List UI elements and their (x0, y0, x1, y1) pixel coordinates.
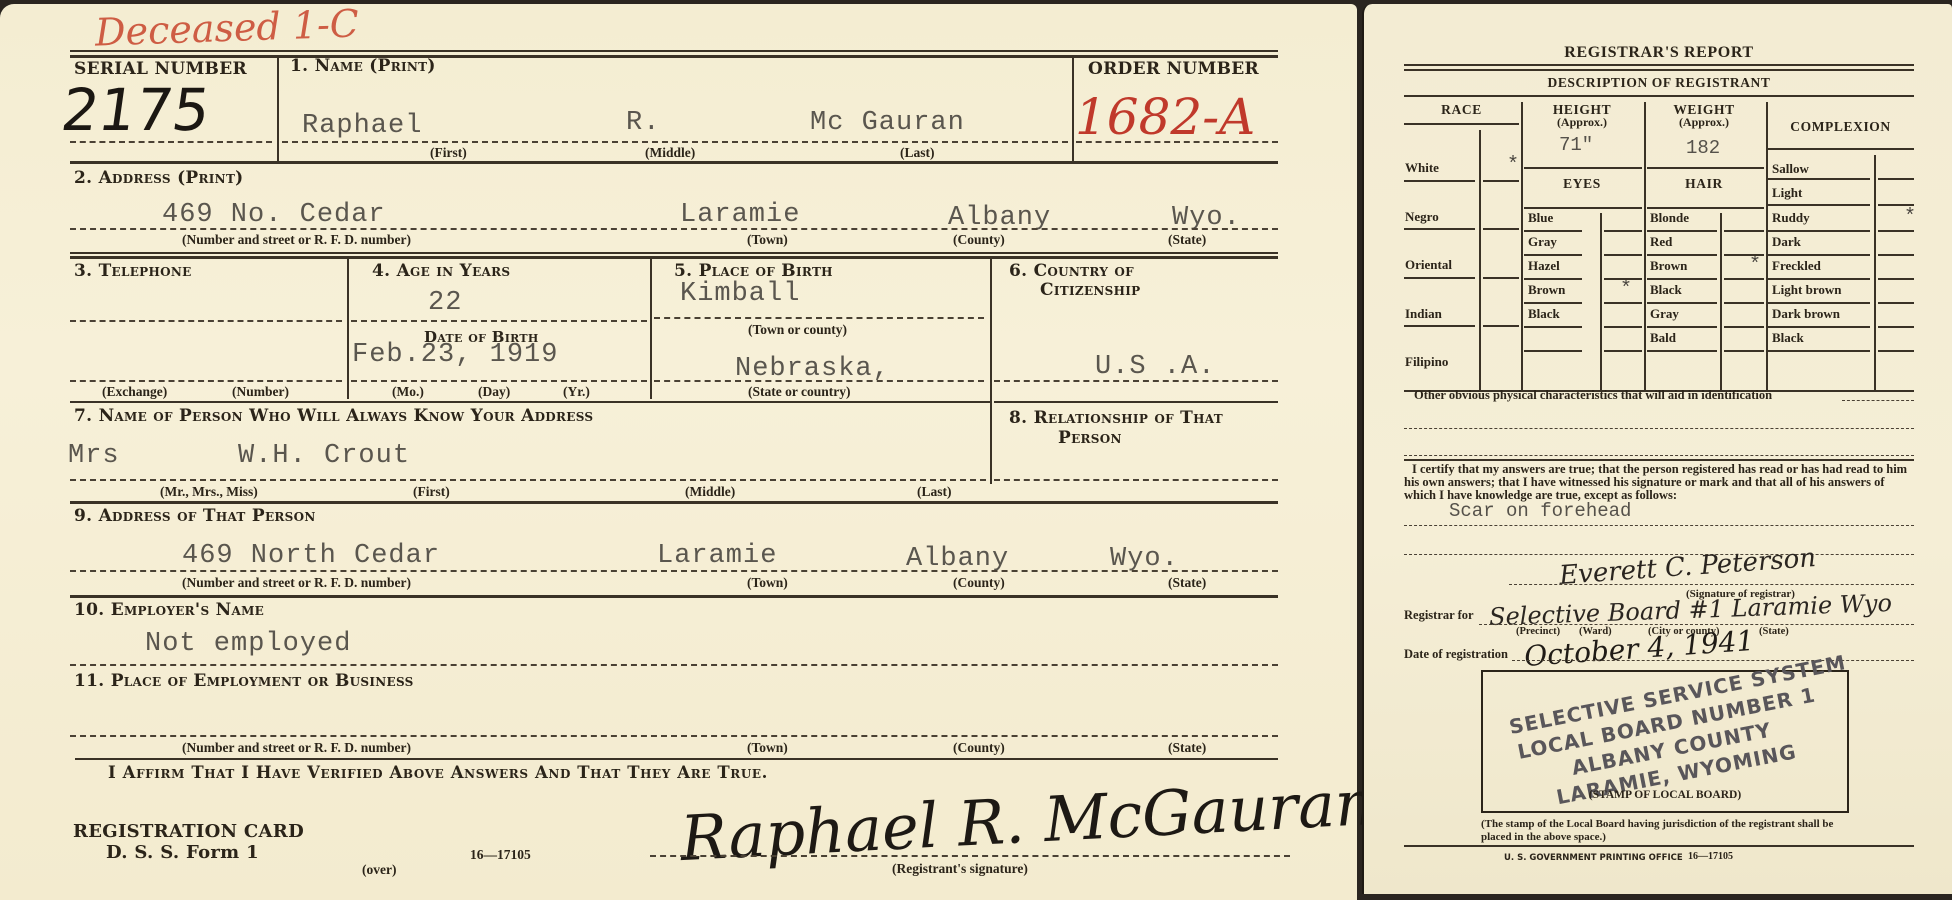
signature-underline (650, 855, 1290, 857)
birthplace-label: 5. Place of Birth (674, 261, 833, 281)
hair-header-rule (1647, 207, 1764, 209)
complexion-rule (1768, 302, 1870, 304)
eyes-rule (1524, 302, 1582, 304)
contact-underline (70, 479, 986, 481)
hair-rule (1724, 350, 1764, 352)
contact-state-caption: (State) (1168, 575, 1206, 591)
address-town-caption: (Town) (747, 232, 788, 248)
eyes-rule (1604, 302, 1642, 304)
exception-line-1 (1404, 525, 1914, 526)
yr-caption: (Yr.) (563, 384, 590, 400)
eyes-rule (1524, 278, 1582, 280)
header-bottom-rule (70, 161, 1278, 164)
weight-sub: (Approx.) (1644, 115, 1764, 130)
complexion-header: COMPLEXION (1767, 119, 1914, 135)
eyes-header-rule (1524, 207, 1642, 209)
hair-rule (1647, 278, 1717, 280)
employer-label: 10. Employer's Name (74, 600, 264, 620)
hair-rule (1647, 302, 1717, 304)
hair-rule (1647, 350, 1717, 352)
eyes-gray: Gray (1528, 234, 1557, 250)
address-state-caption: (State) (1168, 232, 1206, 248)
relationship-underline (994, 479, 1278, 481)
weight-vrule (1644, 102, 1646, 390)
eyes-black: Black (1528, 306, 1560, 322)
complexion-rule (1878, 326, 1914, 328)
eyes-brown: Brown (1528, 282, 1565, 298)
complexion-rule (1878, 350, 1914, 352)
contact-address-town: Laramie (657, 541, 777, 571)
serial-number-value: 2175 (57, 76, 214, 144)
race-filipino: Filipino (1405, 354, 1448, 370)
registration-card-front: Deceased 1-C SERIAL NUMBER 2175 1. Name … (0, 4, 1357, 900)
race-oriental: Oriental (1405, 257, 1452, 273)
contact-town-caption: (Town) (747, 575, 788, 591)
certify-text: I certify that my answers are true; that… (1404, 463, 1916, 502)
complexion-rule (1768, 326, 1870, 328)
stamp-note: (The stamp of the Local Board having jur… (1481, 818, 1856, 844)
eyes-blue: Blue (1528, 210, 1553, 226)
contact-middle-caption: (Middle) (685, 484, 735, 500)
contact-title-caption: (Mr., Mrs., Miss) (160, 484, 258, 500)
form-code: 16—17105 (470, 847, 531, 863)
height-value: 71" (1559, 134, 1593, 156)
eyes-rule (1604, 326, 1642, 328)
complexion-rule (1768, 230, 1870, 232)
complexion-ruddy-mark: * (1904, 206, 1916, 229)
address-label: 2. Address (Print) (74, 168, 244, 188)
eyes-rule (1524, 230, 1582, 232)
middle-caption: (Middle) (645, 145, 695, 161)
description-subtitle: DESCRIPTION OF REGISTRANT (1364, 75, 1952, 91)
telephone-line-2 (70, 380, 342, 382)
serial-divider (277, 57, 279, 161)
serial-underline (70, 141, 272, 143)
citizenship-label-2: Citizenship (1040, 280, 1141, 300)
address-county-caption: (County) (953, 232, 1005, 248)
precinct-caption: (Precinct) (1516, 626, 1560, 637)
complexion-black: Black (1772, 330, 1804, 346)
complexion-rule (1878, 230, 1914, 232)
age-divider (650, 259, 652, 399)
hair-header: HAIR (1644, 176, 1764, 192)
telephone-line-1 (70, 320, 342, 322)
birthplace-town-caption: (Town or county) (748, 322, 847, 338)
race-white: White (1405, 160, 1439, 176)
state-caption: (State) (1759, 626, 1789, 637)
employer-underline (70, 664, 1278, 666)
hair-black: Black (1650, 282, 1682, 298)
order-underline (1076, 141, 1278, 143)
registrar-for-label: Registrar for (1404, 608, 1474, 623)
complexion-rule (1878, 302, 1914, 304)
order-divider (1072, 57, 1074, 161)
hair-vrule (1720, 213, 1722, 390)
hair-blonde: Blonde (1650, 210, 1689, 226)
citizenship-label-1: 6. Country of (1009, 261, 1134, 281)
row-rule (70, 252, 1278, 254)
table-top-rule (1404, 95, 1914, 97)
race-vrule (1479, 130, 1481, 390)
contact-address-label: 9. Address of That Person (74, 506, 316, 526)
exchange-caption: (Exchange) (102, 384, 167, 400)
complexion-ruddy: Ruddy (1772, 210, 1810, 226)
height-value-rule (1524, 167, 1642, 169)
address-underline (70, 228, 1278, 230)
hair-rule (1724, 278, 1764, 280)
name-last: Mc Gauran (810, 108, 965, 138)
day-caption: (Day) (478, 384, 510, 400)
complexion-rule (1768, 350, 1870, 352)
race-rule (1404, 180, 1475, 182)
eyes-rule (1524, 350, 1582, 352)
name-label: 1. Name (Print) (290, 56, 436, 76)
complexion-rule (1768, 204, 1870, 206)
registrar-for-line (1479, 624, 1914, 625)
number-caption: (Number) (232, 384, 289, 400)
contact-address-underline (70, 570, 1278, 572)
eyes-rule (1604, 278, 1642, 280)
race-rule (1404, 228, 1475, 230)
mo-caption: (Mo.) (392, 384, 424, 400)
weight-value-rule (1647, 167, 1764, 169)
birthplace-state-underline (654, 380, 984, 382)
order-number-label: ORDER NUMBER (1088, 59, 1259, 79)
complexion-dark: Dark (1772, 234, 1801, 250)
deceased-annotation: Deceased 1-C (94, 1, 359, 54)
date-line (1512, 660, 1914, 661)
address-street-caption: (Number and street or R. F. D. number) (182, 232, 411, 248)
hair-brown-mark: * (1749, 254, 1761, 277)
complexion-dark-brown: Dark brown (1772, 306, 1840, 322)
complexion-light: Light (1772, 185, 1802, 201)
contact-first-caption: (First) (413, 484, 450, 500)
first-caption: (First) (430, 145, 467, 161)
relationship-label-2: Person (1058, 428, 1122, 448)
printer-code: 16—17105 (1688, 851, 1733, 862)
birthplace-town-underline (654, 317, 984, 319)
other-line-1 (1404, 428, 1914, 429)
hair-rule (1724, 302, 1764, 304)
address-street: 469 No. Cedar (162, 200, 386, 230)
eyes-rule (1604, 230, 1642, 232)
race-negro: Negro (1405, 209, 1439, 225)
stamp-caption: (STAMP OF LOCAL BOARD) (1481, 789, 1849, 801)
hair-rule (1647, 326, 1717, 328)
complexion-sallow: Sallow (1772, 161, 1809, 177)
employment-town-caption: (Town) (747, 740, 788, 756)
row-rule (70, 501, 1278, 504)
hair-rule (1724, 230, 1764, 232)
citizenship-underline (994, 380, 1278, 382)
contact-address-street: 469 North Cedar (182, 541, 440, 571)
eyes-brown-mark: * (1620, 278, 1632, 301)
eyes-rule (1604, 350, 1642, 352)
hair-rule (1724, 326, 1764, 328)
employment-place-label: 11. Place of Employment or Business (74, 671, 414, 691)
complexion-rule (1878, 254, 1914, 256)
complexion-rule (1878, 178, 1914, 180)
race-rule (1483, 325, 1519, 327)
complexion-mark-vrule (1874, 155, 1876, 390)
registration-card-title: REGISTRATION CARD (73, 821, 304, 842)
contact-last-caption: (Last) (917, 484, 952, 500)
exception-value: Scar on forehead (1449, 500, 1631, 522)
contact-name: W.H. Crout (238, 441, 410, 471)
eyes-rule (1604, 254, 1642, 256)
printer-label: U. S. GOVERNMENT PRINTING OFFICE (1504, 853, 1683, 863)
height-vrule (1521, 102, 1523, 390)
report-rule (1404, 69, 1914, 71)
complexion-rule (1768, 278, 1870, 280)
hair-red: Red (1650, 234, 1672, 250)
top-rule-thick (70, 55, 1278, 58)
race-indian: Indian (1405, 306, 1442, 322)
citizenship-value: U.S .A. (1095, 352, 1215, 382)
employment-county-caption: (County) (953, 740, 1005, 756)
employer-value: Not employed (145, 629, 351, 659)
complexion-rule (1878, 204, 1914, 206)
contact-street-caption: (Number and street or R. F. D. number) (182, 575, 411, 591)
complexion-header-rule (1767, 148, 1914, 150)
name-first: Raphael (302, 111, 422, 141)
telephone-label: 3. Telephone (74, 261, 192, 281)
dob-underline (351, 380, 647, 382)
hair-bald: Bald (1650, 330, 1676, 346)
age-underline (351, 320, 647, 322)
other-line-0 (1842, 400, 1914, 401)
dob-value: Feb.23, 1919 (352, 340, 558, 370)
certify-rule (1404, 459, 1914, 461)
complexion-rule (1878, 278, 1914, 280)
last-caption: (Last) (900, 145, 935, 161)
hair-rule (1724, 254, 1764, 256)
eyes-hazel: Hazel (1528, 258, 1560, 274)
hair-brown: Brown (1650, 258, 1687, 274)
birthplace-state-caption: (State or country) (748, 384, 850, 400)
race-header: RACE (1404, 102, 1519, 118)
registrant-signature: Raphael R. McGauran (679, 766, 1377, 875)
age-value: 22 (428, 288, 462, 318)
complexion-rule (1768, 254, 1870, 256)
complexion-rule (1768, 178, 1870, 180)
eyes-rule (1524, 326, 1582, 328)
employment-place-underline (70, 735, 1278, 737)
contact-label: 7. Name of Person Who Will Always Know Y… (74, 406, 593, 426)
race-header-rule (1404, 123, 1519, 125)
name-underline (282, 141, 1068, 143)
footer-rule (1404, 845, 1914, 847)
employment-state-caption: (State) (1168, 740, 1206, 756)
telephone-divider (347, 259, 349, 399)
row-rule (70, 401, 990, 403)
registrar-signature-line (1509, 584, 1914, 585)
address-town: Laramie (680, 200, 800, 230)
eyes-vrule (1600, 213, 1602, 390)
complexion-freckled: Freckled (1772, 258, 1821, 274)
complexion-vrule (1766, 102, 1768, 390)
hair-gray: Gray (1650, 306, 1679, 322)
birthplace-divider (990, 259, 992, 484)
date-label: Date of registration (1404, 647, 1508, 662)
race-white-mark: * (1507, 154, 1519, 177)
weight-value: 182 (1686, 137, 1720, 159)
row-rule-thick (70, 256, 1278, 259)
report-title: REGISTRAR'S REPORT (1364, 44, 1952, 62)
race-rule (1404, 325, 1475, 327)
row-rule (70, 595, 1278, 598)
eyes-header: EYES (1522, 176, 1642, 192)
eyes-rule (1524, 254, 1582, 256)
age-label: 4. Age in Years (372, 261, 510, 281)
hair-rule (1647, 230, 1717, 232)
registrar-report-card: REGISTRAR'S REPORT DESCRIPTION OF REGIST… (1362, 4, 1952, 894)
order-number-value: 1682-A (1075, 88, 1255, 146)
signature-caption: (Registrant's signature) (892, 861, 1028, 877)
other-characteristics-label: Other obvious physical characteristics t… (1414, 388, 1772, 403)
race-rule (1483, 180, 1519, 182)
complexion-light-brown: Light brown (1772, 282, 1841, 298)
race-rule (1483, 277, 1519, 279)
contact-title: Mrs (68, 441, 120, 471)
row-rule (75, 758, 1278, 760)
top-rule (70, 50, 1278, 52)
affirmation-text: I Affirm That I Have Verified Above Answ… (108, 763, 768, 782)
race-rule (1404, 277, 1475, 279)
name-middle: R. (626, 108, 660, 138)
relationship-label-1: 8. Relationship of That (1009, 408, 1223, 428)
report-rule (1404, 64, 1914, 66)
other-line-2 (1404, 455, 1914, 456)
over-note: (over) (362, 862, 396, 878)
hair-rule (1647, 254, 1717, 256)
row-rule (994, 401, 1278, 403)
birthplace-town: Kimball (680, 279, 800, 309)
height-sub: (Approx.) (1522, 115, 1642, 130)
race-rule (1483, 228, 1519, 230)
form-name: D. S. S. Form 1 (106, 842, 259, 863)
employment-street-caption: (Number and street or R. F. D. number) (182, 740, 411, 756)
contact-county-caption: (County) (953, 575, 1005, 591)
